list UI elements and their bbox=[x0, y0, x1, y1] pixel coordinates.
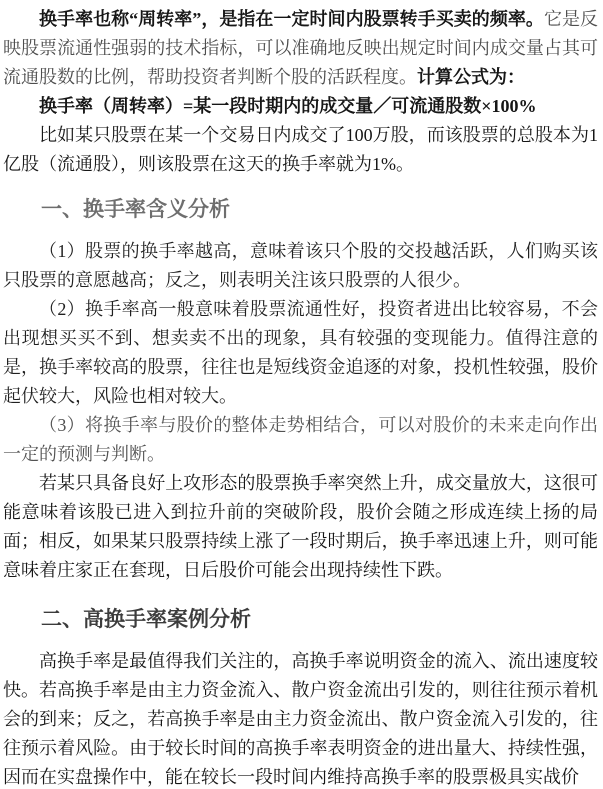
high-turnover-paragraph: 高换手率是最值得我们关注的，高换手率说明资金的流入、流出速度较快。若高换手率是由… bbox=[3, 647, 598, 789]
section-heading-meaning-analysis: 一、换手率含义分析 bbox=[3, 197, 598, 223]
turnover-formula-line: 换手率（周转率）=某一段时期内的成交量／可流通股数×100% bbox=[3, 92, 598, 121]
intro-lead-bold-text: 换手率也称“周转率”，是指在一定时间内股票转手买卖的频率。 bbox=[39, 9, 544, 29]
intro-paragraph: 换手率也称“周转率”，是指在一定时间内股票转手买卖的频率。它是反映股票流通性强弱… bbox=[3, 5, 598, 92]
book-page: 换手率也称“周转率”，是指在一定时间内股票转手买卖的频率。它是反映股票流通性强弱… bbox=[0, 0, 603, 789]
example-paragraph: 比如某只股票在某一个交易日内成交了100万股，而该股票的总股本为1亿股（流通股）… bbox=[3, 121, 598, 179]
point-1-paragraph: （1）股票的换手率越高，意味着该只个股的交投越活跃，人们购买该只股票的意愿越高；… bbox=[3, 237, 598, 295]
point-2-paragraph: （2）换手率高一般意味着股票流通性好，投资者进出比较容易，不会出现想买买不到、想… bbox=[3, 295, 598, 411]
point-3-paragraph: （3）将换手率与股价的整体走势相结合，可以对股价的未来走向作出一定的预测与判断。 bbox=[3, 411, 598, 469]
trend-analysis-paragraph: 若某只具备良好上攻形态的股票换手率突然上升，成交量放大，这很可能意味着该股已进入… bbox=[3, 469, 598, 585]
section-heading-case-analysis: 二、高换手率案例分析 bbox=[3, 607, 598, 633]
formula-intro-label: 计算公式为： bbox=[417, 67, 525, 87]
